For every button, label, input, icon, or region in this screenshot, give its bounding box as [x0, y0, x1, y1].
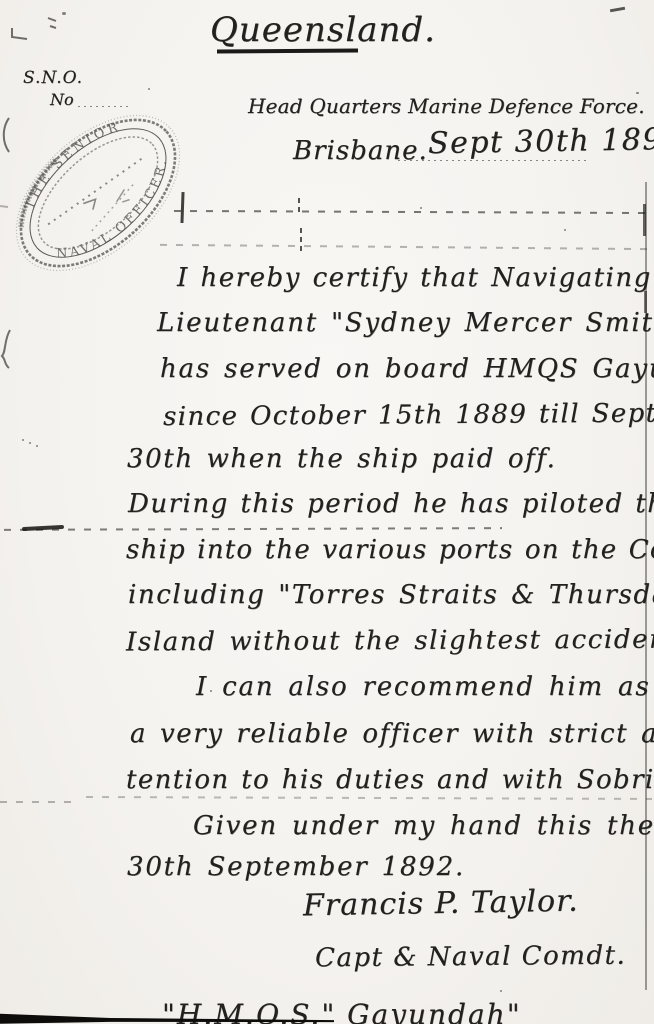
- left-edge-marks: [0, 0, 60, 1024]
- date-dotted-rule: [398, 160, 588, 161]
- body-line: I hereby certify that Navigating: [177, 263, 652, 293]
- artifact-rule-1: [174, 210, 652, 214]
- artifact-vdash-2: [300, 227, 302, 251]
- top-right-mark: [610, 7, 625, 12]
- body-line: has served on board HMQS Gayundah: [160, 354, 654, 384]
- artifact-rule-4: [86, 796, 652, 800]
- body-line: I can also recommend him as: [196, 672, 651, 702]
- body-line: During this period he has piloted the: [128, 489, 654, 519]
- corner-scribble-mark: [48, 18, 56, 28]
- artifact-rule-3: [4, 527, 502, 531]
- body-line: ship into the various ports on the Coast: [126, 535, 654, 565]
- body-line: Island without the slightest accident: [126, 625, 654, 658]
- corner-bracket-mark: [12, 28, 27, 39]
- right-edge-mark-1: [643, 204, 646, 236]
- body-line: since October 15th 1889 till September: [163, 398, 654, 432]
- body-line: tention to his duties and with Sobriety: [126, 765, 654, 795]
- artifact-rule-2: [160, 244, 654, 250]
- edge-brace-mark: [2, 330, 10, 368]
- stamp-arrow-mark-2: [114, 189, 132, 207]
- svg-text:NAVAL OFFICER.: NAVAL OFFICER.: [49, 150, 188, 281]
- date-line: Sept 30th 1892: [428, 122, 654, 161]
- speck: [29, 442, 31, 444]
- speck: [420, 207, 422, 209]
- title-underline: [217, 49, 358, 53]
- speck: [62, 12, 66, 15]
- colony-title: Queensland.: [210, 10, 436, 50]
- body-line: including "Torres Straits & Thursday: [128, 580, 654, 610]
- speck: [500, 990, 502, 992]
- body-line: 30th when the ship paid off.: [127, 444, 557, 474]
- artifact-vdash-1: [298, 195, 300, 212]
- speck: [564, 229, 566, 231]
- speck: [22, 439, 24, 441]
- body-line: Lieutenant "Sydney Mercer Smith: [157, 308, 654, 338]
- edge-paren-mark: [4, 118, 9, 152]
- body-line: 30th September 1892.: [127, 852, 465, 882]
- speck: [636, 92, 639, 94]
- place-line: Brisbane.: [293, 136, 428, 166]
- speck: [148, 88, 150, 90]
- stamp-arrow-mark: [83, 196, 99, 212]
- document-page: Queensland. S.N.O. No Head Quarters Mari…: [0, 0, 654, 1024]
- signature-name: Francis P. Taylor.: [303, 884, 579, 924]
- speck: [36, 445, 38, 447]
- body-line: a very reliable officer with strict at: [130, 719, 654, 749]
- body-line: Given under my hand this the: [193, 811, 654, 841]
- signature-rank: Capt & Naval Comdt.: [315, 941, 626, 974]
- org-line: Head Quarters Marine Defence Force.: [248, 94, 645, 118]
- stamp-text-bottom: NAVAL OFFICER.: [49, 150, 188, 281]
